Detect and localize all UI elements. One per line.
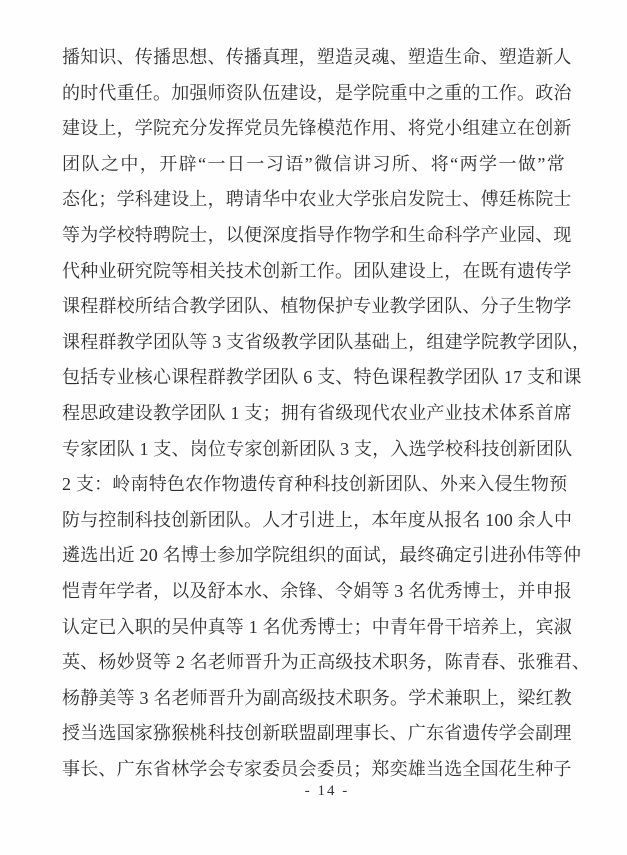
text-line: 授当选国家猕猴桃科技创新联盟副理事长、广东省遗传学会副理 (62, 716, 565, 752)
text-line: 恺青年学者，以及舒本水、余锋、令娟等 3 名优秀博士，并申报 (62, 574, 565, 610)
text-line: 2 支：岭南特色农作物遗传育种科技创新团队、外来入侵生物预 (62, 467, 565, 503)
text-line: 专家团队 1 支、岗位专家创新团队 3 支，入选学校科技创新团队 (62, 432, 565, 468)
document-page: 播知识、传播思想、传播真理，塑造灵魂、塑造生命、塑造新人的时代重任。加强师资队伍… (0, 0, 627, 855)
text-line: 团队之中，开辟“一日一习语”微信讲习所、将“两学一做”常 (62, 147, 565, 183)
text-line: 杨静美等 3 名老师晋升为副高级技术职务。学术兼职上，梁红教 (62, 681, 565, 717)
text-line: 播知识、传播思想、传播真理，塑造灵魂、塑造生命、塑造新人 (62, 40, 565, 76)
text-line: 建设上，学院充分发挥党员先锋模范作用、将党小组建立在创新 (62, 111, 565, 147)
text-line: 课程群教学团队等 3 支省级教学团队基础上，组建学院教学团队， (62, 325, 565, 361)
text-line: 态化；学科建设上，聘请华中农业大学张启发院士、傅廷栋院士 (62, 182, 565, 218)
text-line: 包括专业核心课程群教学团队 6 支、特色课程教学团队 17 支和课 (62, 360, 565, 396)
text-line: 等为学校特聘院士，以便深度指导作物学和生命科学产业园、现 (62, 218, 565, 254)
text-line: 课程群校所结合教学团队、植物保护专业教学团队、分子生物学 (62, 289, 565, 325)
page-number: - 14 - (90, 781, 564, 801)
text-line: 的时代重任。加强师资队伍建设，是学院重中之重的工作。政治 (62, 76, 565, 112)
text-line: 认定已入职的吴仲真等 1 名优秀博士；中青年骨干培养上，宾淑 (62, 610, 565, 646)
page-footer: - 14 - (90, 781, 564, 801)
text-line: 遴选出近 20 名博士参加学院组织的面试，最终确定引进孙伟等仲 (62, 538, 565, 574)
text-line: 防与控制科技创新团队。人才引进上，本年度从报名 100 余人中 (62, 503, 565, 539)
text-line: 英、杨妙贤等 2 名老师晋升为正高级技术职务，陈青春、张雅君、 (62, 645, 565, 681)
text-line: 程思政建设教学团队 1 支；拥有省级现代农业产业技术体系首席 (62, 396, 565, 432)
body-text: 播知识、传播思想、传播真理，塑造灵魂、塑造生命、塑造新人的时代重任。加强师资队伍… (62, 40, 565, 787)
text-line: 代种业研究院等相关技术创新工作。团队建设上，在既有遗传学 (62, 254, 565, 290)
